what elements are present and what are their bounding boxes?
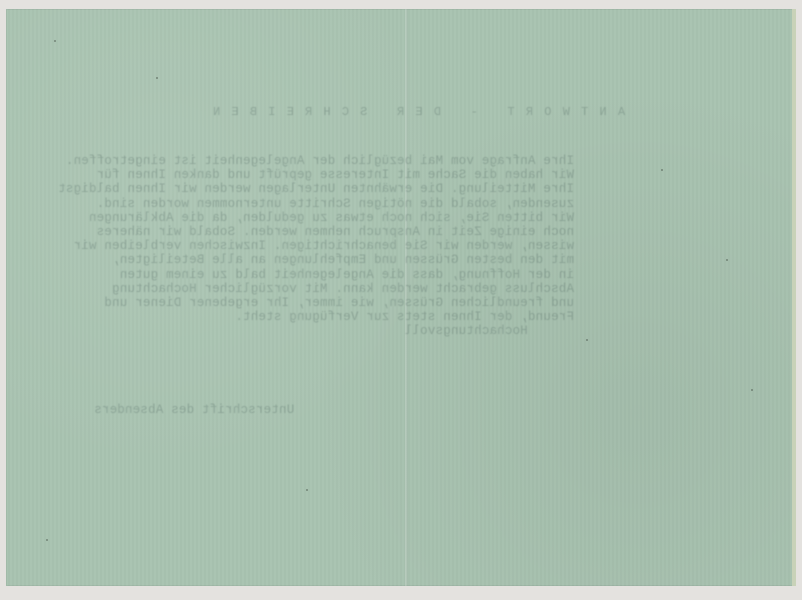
show-through-body: Ihre Anfrage vom Mai bezüglich der Angel… [58, 154, 574, 339]
show-through-signature: Unterschrift des Absenders [94, 403, 294, 417]
paper-speck [46, 539, 48, 541]
paper-speck [586, 339, 588, 341]
paper-sheet: A N T W O R T - D E R S C H R E I B E N … [6, 9, 796, 586]
paper-edge [792, 9, 796, 586]
paper-speck [751, 389, 753, 391]
paper-speck [726, 259, 728, 261]
paper-speck [54, 40, 56, 42]
paper-speck [156, 77, 158, 79]
paper-speck [306, 489, 308, 491]
paper-speck [661, 169, 663, 171]
show-through-heading: A N T W O R T - D E R S C H R E I B E N [211, 105, 625, 119]
